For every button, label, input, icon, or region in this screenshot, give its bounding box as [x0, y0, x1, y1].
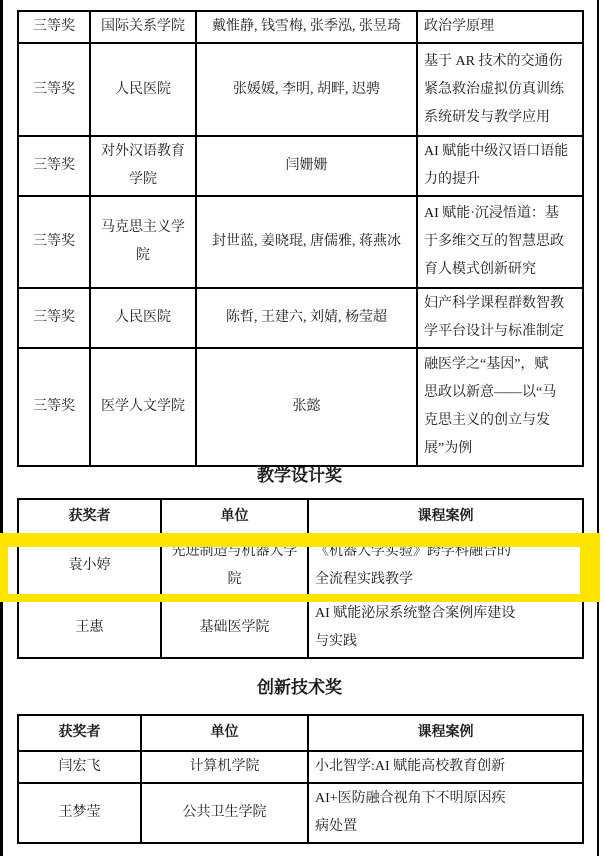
unit-cell: 公共卫生学院: [141, 783, 308, 843]
unit-cell: 马克思主义学 院: [90, 196, 196, 288]
names-cell: 张懿: [196, 348, 417, 466]
table-row: 王梦莹 公共卫生学院 AI+医防融合视角下不明原因疾 病处置: [18, 783, 583, 843]
header-winner: 获奖者: [18, 715, 141, 751]
names-cell: 张媛媛, 李明, 胡畔, 迟骋: [196, 43, 417, 136]
document-page: 三等奖 国际关系学院 戴惟静, 钱雪梅, 张季泓, 张昱琦 政治学原理 三等奖 …: [0, 0, 605, 856]
course-cell: AI 赋能·沉浸悟道：基 于多维交互的智慧思政 育人模式创新研究: [417, 196, 583, 288]
unit-cell: 医学人文学院: [90, 348, 196, 466]
names-cell: 戴惟静, 钱雪梅, 张季泓, 张昱琦: [196, 11, 417, 43]
course-cell: AI 赋能泌尿系统整合案例库建设 与实践: [308, 598, 583, 658]
unit-cell: 先进制造与机器人学院: [161, 534, 308, 598]
course-cell: 《机器人学实验》跨学科融合的 全流程实践教学: [308, 534, 583, 598]
award-cell: 三等奖: [18, 136, 90, 196]
table-row: 王惠 基础医学院 AI 赋能泌尿系统整合案例库建设 与实践: [18, 598, 583, 658]
winner-cell: 闫宏飞: [18, 751, 141, 783]
header-course-case: 课程案例: [308, 499, 583, 534]
table-row: 三等奖 人民医院 张媛媛, 李明, 胡畔, 迟骋 基于 AR 技术的交通伤 紧急…: [18, 43, 583, 136]
innovation-tech-table: 获奖者 单位 课程案例 闫宏飞 计算机学院 小北智学:AI 赋能高校教育创新 王…: [17, 714, 584, 844]
course-cell: AI+医防融合视角下不明原因疾 病处置: [308, 783, 583, 843]
table-row-highlighted: 袁小婷 先进制造与机器人学院 《机器人学实验》跨学科融合的 全流程实践教学: [18, 534, 583, 598]
award-cell: 三等奖: [18, 43, 90, 136]
unit-cell: 人民医院: [90, 288, 196, 348]
course-cell: 小北智学:AI 赋能高校教育创新: [308, 751, 583, 783]
unit-cell: 国际关系学院: [90, 11, 196, 43]
names-cell: 陈哲, 王建六, 刘婧, 杨莹超: [196, 288, 417, 348]
section-title-innovation-tech: 创新技术奖: [17, 676, 582, 700]
header-unit: 单位: [141, 715, 308, 751]
third-prize-table: 三等奖 国际关系学院 戴惟静, 钱雪梅, 张季泓, 张昱琦 政治学原理 三等奖 …: [17, 10, 584, 467]
table-header-row: 获奖者 单位 课程案例: [18, 499, 583, 534]
table-header-row: 获奖者 单位 课程案例: [18, 715, 583, 751]
header-winner: 获奖者: [18, 499, 161, 534]
winner-cell: 王梦莹: [18, 783, 141, 843]
award-cell: 三等奖: [18, 11, 90, 43]
table-row: 闫宏飞 计算机学院 小北智学:AI 赋能高校教育创新: [18, 751, 583, 783]
page-border-right: [597, 0, 599, 856]
award-cell: 三等奖: [18, 288, 90, 348]
winner-cell: 王惠: [18, 598, 161, 658]
teaching-design-table: 获奖者 单位 课程案例 袁小婷 先进制造与机器人学院 《机器人学实验》跨学科融合…: [17, 498, 584, 659]
course-cell: 融医学之“基因”，赋 思政以新意——以“马 克思主义的创立与发 展”为例: [417, 348, 583, 466]
table-row: 三等奖 国际关系学院 戴惟静, 钱雪梅, 张季泓, 张昱琦 政治学原理: [18, 11, 583, 43]
section-title-teaching-design: 教学设计奖: [17, 464, 582, 488]
course-cell: 基于 AR 技术的交通伤 紧急救治虚拟仿真训练 系统研发与教学应用: [417, 43, 583, 136]
table-row: 三等奖 马克思主义学 院 封世蓝, 姜晓琨, 唐儒雅, 蒋燕冰 AI 赋能·沉浸…: [18, 196, 583, 288]
header-course-case: 课程案例: [308, 715, 583, 751]
page-border-left: [0, 0, 3, 856]
names-cell: 闫姗姗: [196, 136, 417, 196]
award-cell: 三等奖: [18, 348, 90, 466]
table-row: 三等奖 对外汉语教育 学院 闫姗姗 AI 赋能中级汉语口语能 力的提升: [18, 136, 583, 196]
unit-cell: 人民医院: [90, 43, 196, 136]
unit-cell: 对外汉语教育 学院: [90, 136, 196, 196]
course-cell: 妇产科学课程群数智教 学平台设计与标准制定: [417, 288, 583, 348]
table-row: 三等奖 医学人文学院 张懿 融医学之“基因”，赋 思政以新意——以“马 克思主义…: [18, 348, 583, 466]
course-cell: AI 赋能中级汉语口语能 力的提升: [417, 136, 583, 196]
unit-cell: 计算机学院: [141, 751, 308, 783]
names-cell: 封世蓝, 姜晓琨, 唐儒雅, 蒋燕冰: [196, 196, 417, 288]
winner-cell: 袁小婷: [18, 534, 161, 598]
award-cell: 三等奖: [18, 196, 90, 288]
unit-cell: 基础医学院: [161, 598, 308, 658]
header-unit: 单位: [161, 499, 308, 534]
table-row: 三等奖 人民医院 陈哲, 王建六, 刘婧, 杨莹超 妇产科学课程群数智教 学平台…: [18, 288, 583, 348]
course-cell: 政治学原理: [417, 11, 583, 43]
